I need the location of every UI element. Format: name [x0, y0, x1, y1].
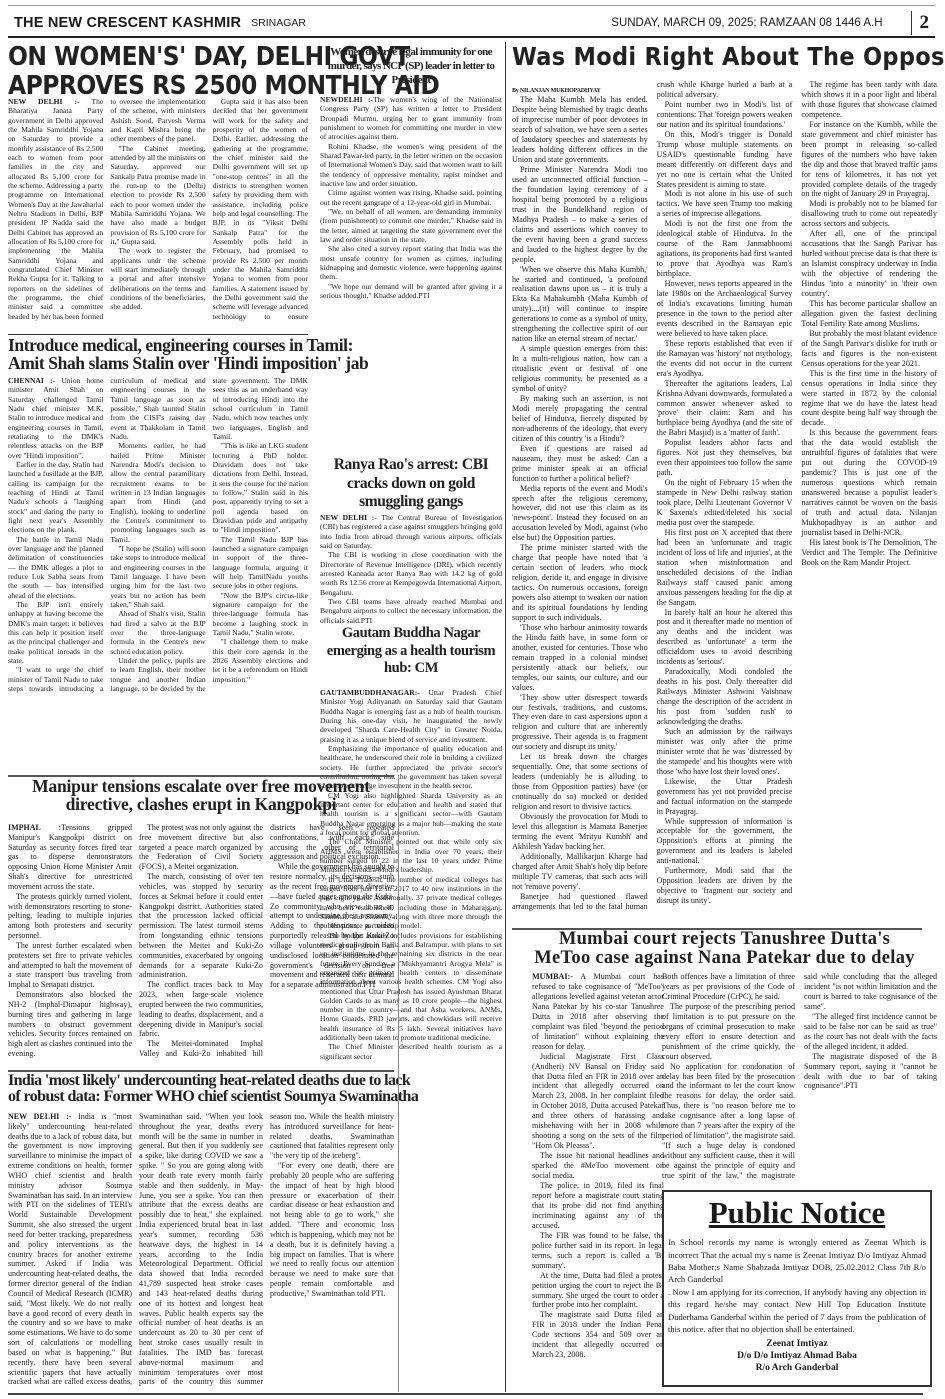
article-paragraph: The regime has been tardy with data whic…: [801, 80, 937, 120]
article-paragraph: "Now the BJP's circus-like signature cam…: [213, 591, 308, 638]
headline-line: APPROVES RS 2500 MONTHLY AID: [8, 73, 308, 100]
article-paragraph: Rohini Khadse, the women's wing presiden…: [320, 142, 502, 189]
article-paragraph: On the night of February 15 when the sta…: [657, 478, 793, 528]
headline-line: Amit Shah slams Stalin over 'Hindi impos…: [8, 355, 308, 373]
article-ncp-letter: Women deserve legal immunity for one mur…: [320, 46, 502, 87]
article-paragraph: But probably the most blatant evidence o…: [801, 329, 937, 369]
article-paragraph: CHENNAI :- Union home minister Amit Shah…: [8, 376, 103, 460]
headline-line: India 'most likely' undercounting heat-r…: [8, 1073, 394, 1089]
signature-name: Zeenat Imtiyaz: [668, 1338, 926, 1350]
article-paragraph: A simple question emerges from this: In …: [512, 344, 648, 394]
masthead-divider: [911, 11, 912, 35]
notice-title: Public Notice: [668, 1196, 926, 1230]
article-heat-deaths-body: NEW DELHI :- India is "most likely" unde…: [8, 1112, 394, 1390]
article-paragraph: "The alleged first incidence cannot be s…: [804, 1012, 937, 1052]
headline-line: of robust data: Former WHO chief scienti…: [8, 1089, 394, 1105]
notice-body: In School records my name is wrongly ent…: [668, 1236, 926, 1286]
article-paragraph: For instance on the Kumbh, while the sta…: [801, 120, 937, 200]
article-delhi-aid: ON WOMEN'S' DAY, DELHI GOVT APPROVES RS …: [8, 44, 308, 99]
headline-line: MeToo case against Nana Patekar due to d…: [512, 949, 937, 968]
article-tamil-courses: Introduce medical, engineering courses i…: [8, 337, 308, 373]
headline: Women deserve legal immunity for one mur…: [320, 46, 502, 87]
article-paragraph: However, news reports appeared in the la…: [657, 279, 793, 339]
article-paragraph: The purpose of the prescribing period of…: [662, 1002, 795, 1062]
article-paragraph: This is the first time in the history of…: [801, 369, 937, 429]
article-paragraph: By making such an assertion, is not Modi…: [512, 394, 648, 444]
article-paragraph: "For every one death, there are probably…: [270, 1161, 394, 1299]
article-paragraph: The police, in 2019, filed its final rep…: [532, 1181, 664, 1231]
article-paragraph: The magistrate said Dutta filed an FIR i…: [532, 1310, 664, 1360]
article-paragraph: While the government has sought to resto…: [270, 862, 394, 990]
article-paragraph: Additionally, Mallikarjun Kharge had cha…: [512, 852, 648, 892]
signature-parent: D/o D/o Imtiyaz Ahmad Baba: [668, 1350, 926, 1362]
article-paragraph: In barely half an hour he altered this p…: [657, 608, 793, 668]
article-paragraph: "The Cabinet meeting, attended by all th…: [110, 144, 205, 247]
article-paragraph: The Maha Kumbh Mela has ended. Despite b…: [512, 95, 648, 165]
article-paragraph: His latest book is The Demolition, The V…: [801, 538, 937, 568]
article-paragraph: Let us break down the charges sequential…: [512, 752, 648, 812]
newspaper-title: THE NEW CRESCENT KASHMIR: [14, 15, 241, 31]
article-paragraph: Modi is not alone in his use of such tac…: [657, 189, 793, 219]
article-paragraph: Point number two in Modi's list of conte…: [657, 100, 793, 130]
article-paragraph: The prime minister started with the char…: [512, 543, 648, 623]
article-tanushree: Mumbai court rejects Tanushree Dutta's M…: [512, 930, 937, 968]
article-paragraph: His first post on X accepted that there …: [657, 528, 793, 608]
article-ranya-rao: Ranya Rao's arrest: CBI cracks down on g…: [320, 456, 502, 512]
article-paragraph: NEW DELHI :- The Central Bureau of Inves…: [320, 513, 502, 550]
article-paragraph: "I challenge them to make this their cor…: [213, 637, 308, 684]
article-paragraph: The BJP isn't entirely unhappy at having…: [8, 600, 103, 665]
article-paragraph: The protest was not only against the fre…: [139, 823, 263, 872]
article-modi-opposition-body: By NILANJAN MUKHOPADHYAY The Maha Kumbh …: [512, 80, 937, 926]
article-paragraph: On this, Modi's trigger is Donald Trump …: [657, 130, 793, 190]
masthead: THE NEW CRESCENT KASHMIR SRINAGAR SUNDAY…: [8, 10, 935, 38]
article-ncp-letter-body: NEWDELHI :-The women's wing of the Natio…: [320, 95, 502, 338]
article-paragraph: NEWDELHI :-The women's wing of the Natio…: [320, 95, 502, 142]
article-paragraph: While suppression of information is acce…: [657, 817, 793, 867]
page-number: 2: [920, 12, 930, 34]
article-paragraph: The FIR was found to be false, the polic…: [532, 1231, 664, 1271]
article-paragraph: Thereafter the agitations leaders, Lal K…: [657, 379, 793, 439]
article-paragraph: Even if questions are raised ad nauseam,…: [512, 444, 648, 484]
article-paragraph: At the time, Dutta had filed a protest p…: [532, 1271, 664, 1311]
headline: Gautam Buddha Nagar emerging as a health…: [320, 625, 502, 678]
column-divider: [398, 776, 399, 1392]
article-tanushree-body-col1: MUMBAI:- A Mumbai court has refused to t…: [532, 972, 664, 1392]
article-tamil-courses-body: CHENNAI :- Union home minister Amit Shah…: [8, 376, 308, 702]
article-paragraph: This has become particular shallow an al…: [801, 299, 937, 329]
notice-body-continued: . Now I am applying for its correction, …: [668, 1286, 926, 1336]
article-paragraph: Two CBI teams have already reached Mumba…: [320, 597, 502, 623]
bottom-rule: [8, 1393, 923, 1395]
article-paragraph: 'Those who harbour animosity towards the…: [512, 623, 648, 693]
article-ncp-letter-continued: NEWDELHI :-The women's wing of the Natio…: [320, 338, 502, 453]
headline-line: directive, clashes erupt in Kangpokpi: [8, 796, 394, 814]
article-gautam-buddha-nagar: Gautam Buddha Nagar emerging as a health…: [320, 625, 502, 678]
article-paragraph: She also cited a survey report stating t…: [320, 244, 502, 281]
article-paragraph: Earlier in the day, Stalin had launched …: [8, 460, 103, 535]
article-paragraph: Media reports of the event and Modi's sp…: [512, 484, 648, 544]
article-paragraph: After all, one of the principal accusati…: [801, 229, 937, 299]
article-paragraph: The protests quickly turned violent, wit…: [8, 892, 132, 941]
article-paragraph: Moments earlier, he had hailed Prime Min…: [110, 441, 205, 544]
article-paragraph: Furthermore, Modi said that the Oppositi…: [657, 866, 793, 906]
article-paragraph: Prime Minister Narendra Modi too used an…: [512, 165, 648, 265]
article-paragraph: The issue hit national headlines and spa…: [532, 1151, 664, 1181]
article-paragraph: Both offences have a limitation of three…: [662, 972, 795, 1002]
article-paragraph: Is this because the government fears tha…: [801, 428, 937, 537]
headline-line: Mumbai court rejects Tanushree Dutta's: [512, 930, 937, 949]
article-paragraph: 'They show utter disrespect towards our …: [512, 693, 648, 753]
article-paragraph: MUMBAI:- A Mumbai court has refused to t…: [532, 972, 664, 1052]
article-tanushree-body-cols: Both offences have a limitation of three…: [662, 972, 937, 1184]
top-rule: [8, 5, 935, 6]
article-paragraph: Demonstrators also blocked the NH-2 (Imp…: [8, 990, 132, 1059]
article-paragraph: Populist leaders abhor facts and figures…: [657, 438, 793, 478]
article-paragraph: Crime against women was rising, Khadse s…: [320, 188, 502, 207]
article-paragraph: The work to register the applicants undr…: [110, 246, 205, 311]
article-paragraph: "We hope our demand will be granted afte…: [320, 282, 502, 301]
article-paragraph: The unrest further escalated when protes…: [8, 941, 132, 990]
article-paragraph: 'When we observe this Maha Kumbh,' he st…: [512, 265, 648, 345]
article-paragraph: The Tamil Nadu BJP has launched a signat…: [213, 535, 308, 591]
article-paragraph: GAUTAMBUDDHANAGAR:- Uttar Pradesh Chief …: [320, 688, 502, 744]
article-modi-opposition: Was Modi Right About The Opposition?: [512, 44, 937, 70]
byline: By NILANJAN MUKHOPADHYAY: [512, 88, 648, 95]
headline-line: ON WOMEN'S' DAY, DELHI GOVT: [8, 44, 308, 71]
article-paragraph: Such an admission by the railways minist…: [657, 727, 793, 777]
article-paragraph: The march, consisting of over ten vehicl…: [139, 872, 263, 980]
headline: Was Modi Right About The Opposition?: [512, 44, 937, 70]
newspaper-city: SRINAGAR: [251, 17, 306, 29]
column-divider: [505, 42, 506, 1392]
headline: Ranya Rao's arrest: CBI cracks down on g…: [320, 456, 502, 512]
article-paragraph: Gupta said it has also been decided that…: [213, 97, 308, 329]
article-heat-deaths: India 'most likely' undercounting heat-r…: [8, 1073, 394, 1106]
article-manipur-body: IMPHAL :Tensions gripped Manipur's Kangp…: [8, 823, 394, 1065]
article-paragraph: Obviously the provocation for Modi to le…: [512, 812, 648, 852]
article-paragraph: Modi is not the first one from the ideol…: [657, 219, 793, 279]
article-paragraph: Modi is probably not to be blamed for di…: [801, 199, 937, 229]
article-paragraph: "I hope he (Stalin) will soon take steps…: [110, 544, 205, 609]
article-paragraph: IMPHAL :Tensions gripped Manipur's Kangp…: [8, 823, 132, 892]
notice-signature: Zeenat Imtiyaz D/o D/o Imtiyaz Ahmad Bab…: [668, 1338, 926, 1375]
article-paragraph: Likewise, the Uttar Pradesh government h…: [657, 777, 793, 817]
signature-address: R/o Arch Ganderbal: [668, 1362, 926, 1374]
public-notice: Public Notice In School records my name …: [662, 1190, 932, 1387]
article-paragraph: "This is like an LKG student lecturing a…: [213, 441, 308, 534]
article-manipur: Manipur tensions escalate over free move…: [8, 778, 394, 814]
article-paragraph: The CBI is working in close coordination…: [320, 550, 502, 597]
article-delhi-aid-body: NEW DELHI :- The Bharatiya Janata Party …: [8, 97, 308, 329]
article-paragraph: Paradoxically, Modi condoled the deaths …: [657, 667, 793, 727]
article-paragraph: The magistrate disposed of the B Summary…: [804, 1052, 937, 1092]
article-paragraph: The battle in Tamil Nadu over language a…: [8, 535, 103, 600]
article-paragraph: Ahead of Shah's visit, Stalin had fired …: [110, 609, 205, 656]
column-divider: [314, 338, 315, 340]
article-paragraph: Judicial Magistrate First Class (Andheri…: [532, 1052, 664, 1152]
article-paragraph: These reports established that even if t…: [657, 339, 793, 379]
article-paragraph: The conflict traces back to May 2023, wh…: [139, 980, 263, 1039]
issue-date: SUNDAY, MARCH 09, 2025; RAMZAAN 08 1446 …: [611, 17, 882, 29]
article-paragraph: "We, on behalf of all women, are demandi…: [320, 207, 502, 244]
article-ranya-rao-body: NEW DELHI :- The Central Bureau of Inves…: [320, 513, 502, 623]
